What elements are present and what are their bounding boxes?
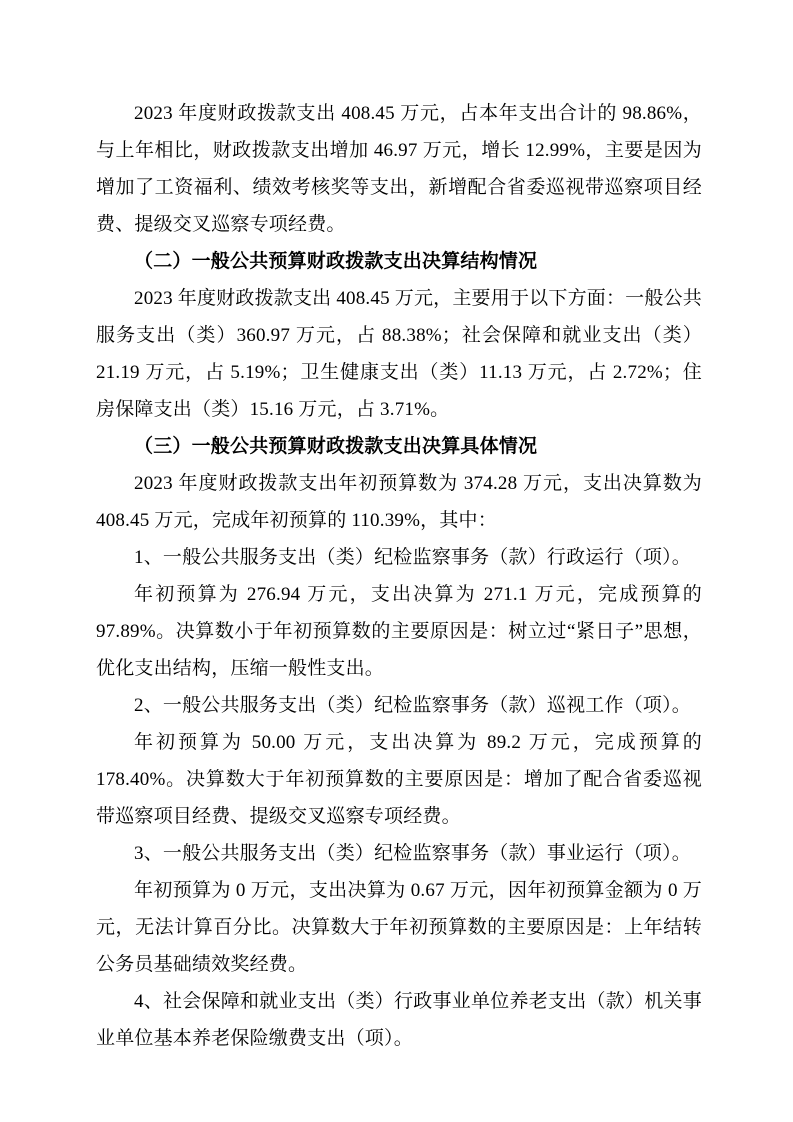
document-body: 2023 年度财政拨款支出 408.45 万元，占本年支出合计的 98.86%，… bbox=[96, 95, 702, 1057]
paragraph-item-1-title: 1、一般公共服务支出（类）纪检监察事务（款）行政运行（项）。 bbox=[96, 539, 702, 576]
paragraph-fiscal-expenditure-overview: 2023 年度财政拨款支出 408.45 万元，占本年支出合计的 98.86%，… bbox=[96, 95, 702, 243]
paragraph-item-2-title: 2、一般公共服务支出（类）纪检监察事务（款）巡视工作（项）。 bbox=[96, 687, 702, 724]
paragraph-item-1-detail: 年初预算为 276.94 万元，支出决算为 271.1 万元，完成预算的 97.… bbox=[96, 576, 702, 687]
heading-section-2-expenditure-structure: （二）一般公共预算财政拨款支出决算结构情况 bbox=[96, 243, 702, 280]
heading-section-3-expenditure-details: （三）一般公共预算财政拨款支出决算具体情况 bbox=[96, 428, 702, 465]
paragraph-item-4-title: 4、社会保障和就业支出（类）行政事业单位养老支出（款）机关事业单位基本养老保险缴… bbox=[96, 983, 702, 1057]
paragraph-item-3-title: 3、一般公共服务支出（类）纪检监察事务（款）事业运行（项）。 bbox=[96, 835, 702, 872]
paragraph-budget-vs-final-summary: 2023 年度财政拨款支出年初预算数为 374.28 万元，支出决算数为 408… bbox=[96, 465, 702, 539]
paragraph-item-2-detail: 年初预算为 50.00 万元，支出决算为 89.2 万元，完成预算的 178.4… bbox=[96, 724, 702, 835]
document-page: 2023 年度财政拨款支出 408.45 万元，占本年支出合计的 98.86%，… bbox=[0, 0, 793, 1122]
paragraph-expenditure-structure-breakdown: 2023 年度财政拨款支出 408.45 万元，主要用于以下方面：一般公共服务支… bbox=[96, 280, 702, 428]
paragraph-item-3-detail: 年初预算为 0 万元，支出决算为 0.67 万元，因年初预算金额为 0 万元，无… bbox=[96, 872, 702, 983]
